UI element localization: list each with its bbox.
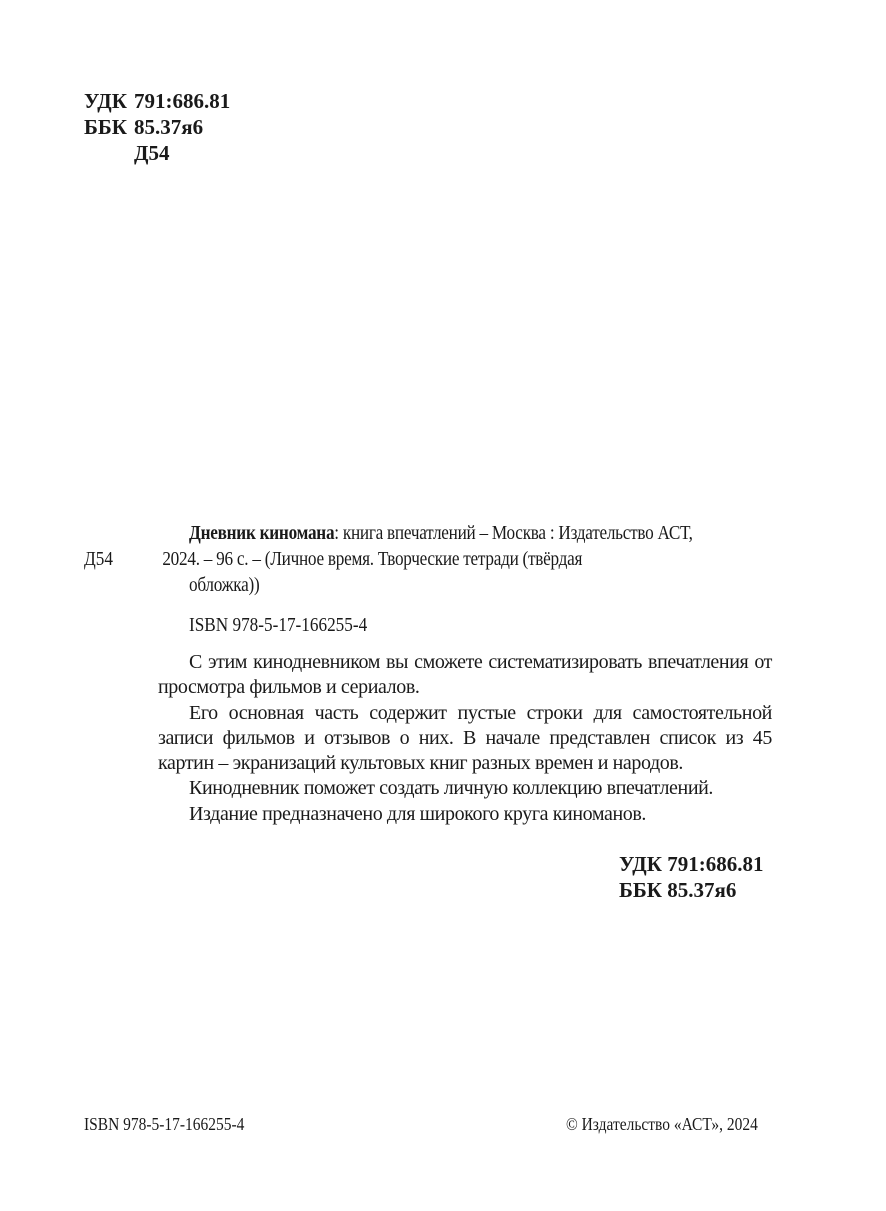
footer-copyright: © Издательство «АСТ», 2024 bbox=[566, 1114, 758, 1135]
bbk-row: ББК 85.37я6 bbox=[84, 114, 230, 140]
bbk-label: ББК bbox=[84, 114, 134, 140]
bottom-bbk: ББК 85.37я6 bbox=[619, 877, 763, 903]
isbn-main: ISBN 978-5-17-166255-4 bbox=[189, 612, 367, 638]
abstract-paragraph: С этим кинодневником вы сможете системат… bbox=[158, 650, 772, 701]
abstract-paragraph: Издание предназначено для широкого круга… bbox=[158, 802, 772, 827]
bottom-udk: УДК 791:686.81 bbox=[619, 851, 763, 877]
bbk-value: 85.37я6 bbox=[134, 114, 203, 140]
biblio-line-1-rest: : книга впечатлений – Москва : Издательс… bbox=[334, 522, 692, 544]
abstract-paragraph: Его основная часть содержит пустые строк… bbox=[158, 701, 772, 777]
abstract-paragraph: Кинодневник поможет создать личную колле… bbox=[158, 776, 772, 801]
udk-label: УДК bbox=[84, 88, 134, 114]
bottom-classification-block: УДК 791:686.81 ББК 85.37я6 bbox=[619, 851, 763, 903]
footer-isbn: ISBN 978-5-17-166255-4 bbox=[84, 1114, 244, 1135]
abstract: С этим кинодневником вы сможете системат… bbox=[158, 650, 772, 827]
book-title: Дневник киномана bbox=[189, 522, 334, 544]
biblio-line-1: Дневник киномана: книга впечатлений – Мо… bbox=[189, 520, 693, 546]
side-author-mark: Д54 bbox=[84, 546, 113, 572]
author-mark: Д54 bbox=[134, 140, 169, 166]
author-mark-row: Д54 bbox=[84, 140, 230, 166]
top-classification-block: УДК 791:686.81 ББК 85.37я6 Д54 bbox=[84, 88, 230, 166]
bibliographic-record: Дневник киномана: книга впечатлений – Мо… bbox=[189, 520, 693, 598]
udk-row: УДК 791:686.81 bbox=[84, 88, 230, 114]
udk-value: 791:686.81 bbox=[134, 88, 230, 114]
biblio-line-3: обложка)) bbox=[189, 572, 693, 598]
biblio-line-2: 2024. – 96 с. – (Личное время. Творчески… bbox=[162, 546, 692, 572]
